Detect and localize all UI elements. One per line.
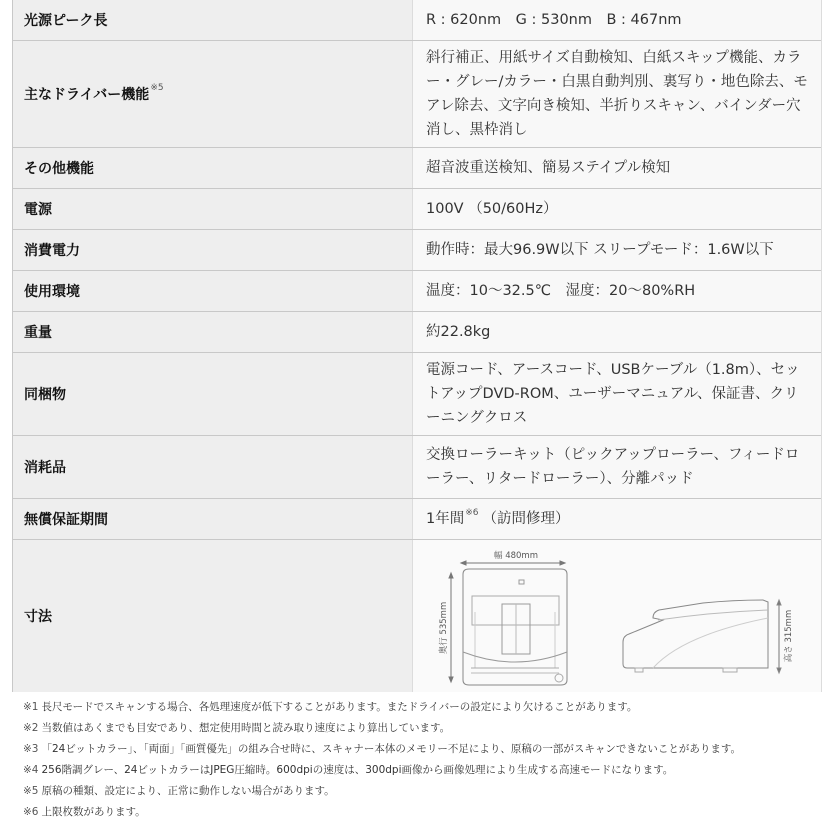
footnote-ref: ※6 xyxy=(465,501,478,525)
spec-row-power-consumption: 消費電力 動作時：最大96.9W以下 スリープモード：1.6W以下 xyxy=(13,230,821,271)
dimension-diagram: 幅 480mm 奥行 535mm 高さ 315mm xyxy=(413,540,821,692)
spec-value: 交換ローラーキット（ピックアップローラー、フィードローラー、リタードローラー）、… xyxy=(413,436,821,498)
spec-row-bundled-items: 同梱物 電源コード、アースコード、USBケーブル（1.8m）、セットアップDVD… xyxy=(13,353,821,436)
dimension-diagram-cell: 幅 480mm 奥行 535mm 高さ 315mm xyxy=(413,540,821,692)
svg-text:奥行 535mm: 奥行 535mm xyxy=(438,602,449,655)
spec-row-weight: 重量 約22.8kg xyxy=(13,312,821,353)
spec-value: 超音波重送検知、簡易ステイプル検知 xyxy=(413,148,821,188)
spec-label: 主なドライバー機能※5 xyxy=(13,41,413,147)
footnote-4: ※4256階調グレー、24ビットカラーはJPEG圧縮時。600dpiの速度は、3… xyxy=(23,760,741,781)
spec-value: 温度：10～32.5℃ 湿度：20～80%RH xyxy=(413,271,821,311)
footnote-1: ※1長尺モードでスキャンする場合、各処理速度が低下することがあります。またドライ… xyxy=(23,697,741,718)
spec-value: 約22.8kg xyxy=(413,312,821,352)
spec-label: 使用環境 xyxy=(13,271,413,311)
scanner-drawing-icon: 幅 480mm 奥行 535mm 高さ 315mm xyxy=(413,540,819,692)
spec-label: 電源 xyxy=(13,189,413,229)
spec-value: 1年間※6（訪問修理） xyxy=(413,499,821,539)
footnote-6: ※6上限枚数があります。 xyxy=(23,802,741,823)
footnote-ref: ※5 xyxy=(150,83,163,93)
spec-label: その他機能 xyxy=(13,148,413,188)
spec-table: 光源ピーク長 R : 620nm G : 530nm B : 467nm 主なド… xyxy=(12,0,822,692)
spec-value: 100V （50/60Hz） xyxy=(413,189,821,229)
spec-value: R : 620nm G : 530nm B : 467nm xyxy=(413,0,821,40)
spec-label-text: 主なドライバー機能 xyxy=(24,84,149,104)
spec-value: 斜行補正、用紙サイズ自動検知、白紙スキップ機能、カラー・グレー/カラー・白黒自動… xyxy=(413,41,821,147)
spec-row-dimensions: 寸法 xyxy=(13,540,821,692)
spec-label: 無償保証期間 xyxy=(13,499,413,539)
footnote-5: ※5原稿の種類、設定により、正常に動作しない場合があります。 xyxy=(23,781,741,802)
footnote-2: ※2当数値はあくまでも目安であり、想定使用時間と読み取り速度により算出しています… xyxy=(23,718,741,739)
footnote-3: ※3「24ビットカラー」、「両面」「画質優先」の組み合せ時に、スキャナー本体のメ… xyxy=(23,739,741,760)
svg-text:幅 480mm: 幅 480mm xyxy=(494,550,538,561)
spec-value: 電源コード、アースコード、USBケーブル（1.8m）、セットアップDVD-ROM… xyxy=(413,353,821,435)
spec-row-consumables: 消耗品 交換ローラーキット（ピックアップローラー、フィードローラー、リタードロー… xyxy=(13,436,821,499)
footnotes: ※1長尺モードでスキャンする場合、各処理速度が低下することがあります。またドライ… xyxy=(23,697,741,823)
warranty-type: （訪問修理） xyxy=(483,507,570,531)
svg-text:高さ 315mm: 高さ 315mm xyxy=(783,610,794,663)
spec-value: 動作時：最大96.9W以下 スリープモード：1.6W以下 xyxy=(413,230,821,270)
spec-label: 消耗品 xyxy=(13,436,413,498)
spec-row-warranty: 無償保証期間 1年間※6（訪問修理） xyxy=(13,499,821,540)
spec-label: 光源ピーク長 xyxy=(13,0,413,40)
spec-row-other-functions: その他機能 超音波重送検知、簡易ステイプル検知 xyxy=(13,148,821,189)
spec-row-light-source: 光源ピーク長 R : 620nm G : 530nm B : 467nm xyxy=(13,0,821,41)
spec-label: 消費電力 xyxy=(13,230,413,270)
spec-row-driver-functions: 主なドライバー機能※5 斜行補正、用紙サイズ自動検知、白紙スキップ機能、カラー・… xyxy=(13,41,821,148)
spec-label: 重量 xyxy=(13,312,413,352)
spec-label: 同梱物 xyxy=(13,353,413,435)
spec-row-environment: 使用環境 温度：10～32.5℃ 湿度：20～80%RH xyxy=(13,271,821,312)
spec-row-power-supply: 電源 100V （50/60Hz） xyxy=(13,189,821,230)
warranty-period: 1年間 xyxy=(426,507,464,531)
spec-label: 寸法 xyxy=(13,540,413,692)
